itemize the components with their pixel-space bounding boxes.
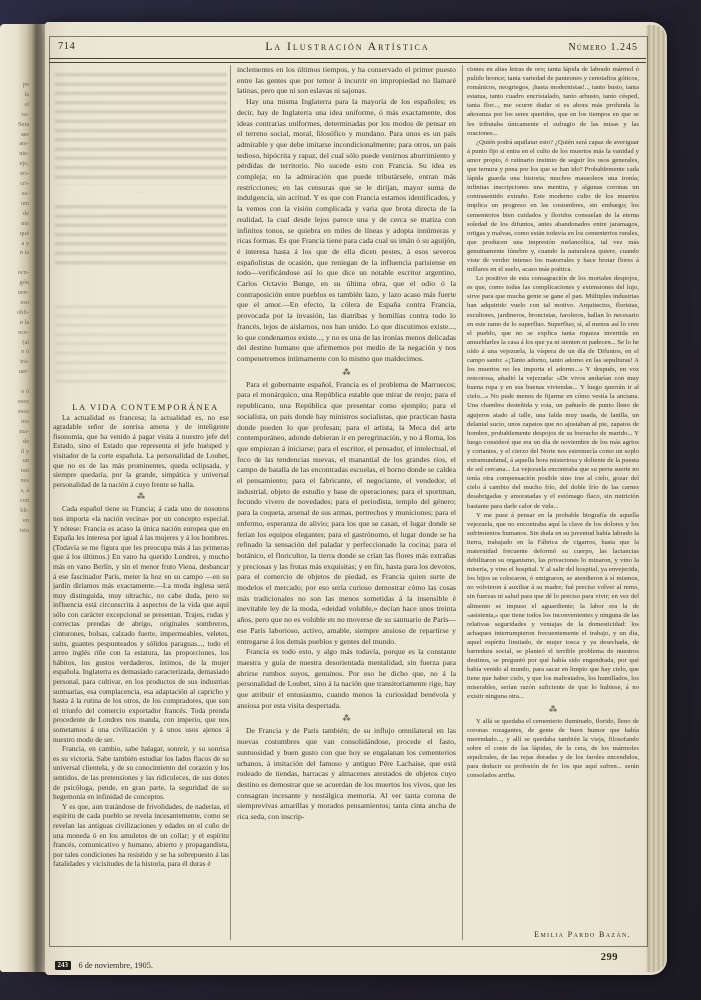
footer-issue-badge: 243 bbox=[55, 961, 71, 970]
bleed-through-text bbox=[55, 73, 227, 185]
paragraph: inclementes en los últimos tiempos, y ha… bbox=[237, 65, 456, 97]
facing-page-edge: polaelva-Seiaaseare-nie-ejo,eri-cri-es-u… bbox=[0, 24, 31, 972]
text-columns: .·. LA VIDA CONTEMPORÁNEA La actualidad … bbox=[45, 65, 667, 943]
paragraph: Hay una misma Inglaterra para la mayoría… bbox=[237, 97, 456, 365]
article-title: LA VIDA CONTEMPORÁNEA bbox=[53, 403, 229, 413]
paragraph: Cada español tiene su Francia; á cada un… bbox=[53, 504, 229, 744]
asterism-separator: ⁂ bbox=[467, 703, 639, 716]
blank-area-with-bleed-through: .·. bbox=[53, 65, 229, 403]
page-footer: 243 6 de noviembre, 1905. 299 bbox=[45, 952, 646, 972]
book-gutter bbox=[31, 24, 45, 972]
bleed-through-text bbox=[55, 305, 227, 385]
footer-left-group: 243 6 de noviembre, 1905. bbox=[55, 956, 153, 974]
paragraph: Y es que, aun tratándose de frivolidades… bbox=[53, 802, 229, 869]
paragraph: De Francia y de París también; de su inf… bbox=[237, 726, 456, 822]
column-1: .·. LA VIDA CONTEMPORÁNEA La actualidad … bbox=[53, 65, 229, 942]
paragraph: La actualidad es francesa; la actualidad… bbox=[53, 413, 229, 490]
facing-page-text-fragments: polaelva-Seiaaseare-nie-ejo,eri-cri-es-u… bbox=[0, 80, 29, 536]
asterism-separator: ⁂ bbox=[237, 366, 456, 379]
paragraph: Y allá se quedaba el cementerio iluminad… bbox=[467, 717, 639, 781]
column-3: ciones en altas letras de oro; tanta láp… bbox=[467, 65, 639, 942]
page-header: 714 La Ilustración Artística Número 1.24… bbox=[49, 38, 646, 58]
column-divider-rule bbox=[462, 65, 463, 940]
footer-date: 6 de noviembre, 1905. bbox=[79, 961, 153, 970]
column-3-body: ciones en altas letras de oro; tanta láp… bbox=[467, 65, 639, 926]
bleed-through-text bbox=[55, 205, 227, 267]
column-divider-rule bbox=[230, 65, 231, 940]
asterism-separator: ⁂ bbox=[53, 490, 229, 503]
author-signature: Emilia Pardo Bazán. bbox=[534, 930, 631, 939]
bleed-through-separator: .·. bbox=[53, 187, 229, 197]
paragraph: Y me puse á pensar en la probable biogra… bbox=[467, 511, 639, 702]
column-2: inclementes en los últimos tiempos, y ha… bbox=[237, 65, 456, 942]
header-journal-title: La Ilustración Artística bbox=[49, 41, 646, 53]
paragraph: Para el gobernante español, Francia es e… bbox=[237, 380, 456, 648]
asterism-separator: ⁂ bbox=[237, 712, 456, 725]
paragraph: ¿Quién podrá aquilatar esto? ¿Quién será… bbox=[467, 138, 639, 274]
paragraph: ciones en altas letras de oro; tanta láp… bbox=[467, 65, 639, 138]
header-issue-number: Número 1.245 bbox=[568, 42, 638, 53]
magazine-page: 714 La Ilustración Artística Número 1.24… bbox=[45, 22, 667, 975]
paragraph: Francia, en cambio, sabe halagar, sonreí… bbox=[53, 744, 229, 802]
header-double-rule bbox=[49, 58, 646, 63]
paragraph: Francia es todo esto, y algo más todavía… bbox=[237, 647, 456, 711]
paragraph: Lo positivo de esta consagración de los … bbox=[467, 274, 639, 510]
footer-scan-page-number: 299 bbox=[601, 952, 618, 963]
